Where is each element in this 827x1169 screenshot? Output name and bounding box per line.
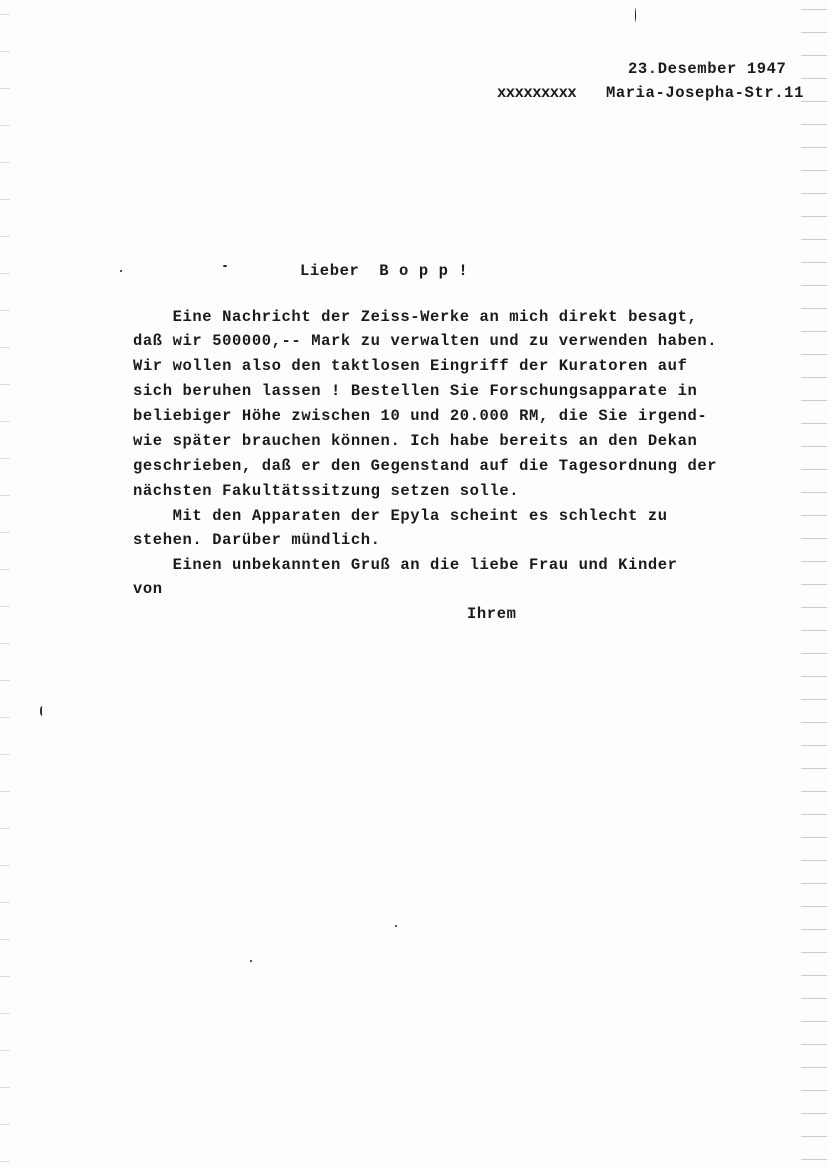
sender-address: xxxxxxxxx Maria-Josepha-Str.11 xyxy=(497,84,804,102)
body-line: Eine Nachricht der Zeiss-Werke an mich d… xyxy=(133,308,697,326)
body-line: von xyxy=(133,580,163,598)
body-line: stehen. Darüber mündlich. xyxy=(133,531,381,549)
street-address: Maria-Josepha-Str.11 xyxy=(606,84,804,102)
body-line: beliebiger Höhe zwischen 10 und 20.000 R… xyxy=(133,407,707,425)
body-line: nächsten Fakultätssitzung setzen solle. xyxy=(133,482,519,500)
redacted-text: xxxxxxxxx xyxy=(497,84,576,102)
letter-page: 23.Desember 1947 xxxxxxxxx Maria-Josepha… xyxy=(0,0,827,1169)
scan-speck xyxy=(250,960,252,962)
body-line: Einen unbekannten Gruß an die liebe Frau… xyxy=(133,556,678,574)
body-line: Mit den Apparaten der Epyla scheint es s… xyxy=(133,507,668,525)
body-line: Wir wollen also den taktlosen Eingriff d… xyxy=(133,357,687,375)
salutation: Lieber B o p p ! xyxy=(300,262,468,280)
scan-speck xyxy=(223,265,227,267)
body-line: daß wir 500000,-- Mark zu verwalten und … xyxy=(133,332,717,350)
scan-speck xyxy=(120,270,122,272)
scan-edge-right xyxy=(801,0,827,1169)
closing: Ihrem xyxy=(467,605,517,623)
body-line: sich beruhen lassen ! Bestellen Sie Fors… xyxy=(133,382,697,400)
scan-mark xyxy=(40,706,46,716)
scan-speck xyxy=(635,8,636,22)
scan-speck xyxy=(395,925,397,927)
letter-date: 23.Desember 1947 xyxy=(628,60,786,78)
body-line: geschrieben, daß er den Gegenstand auf d… xyxy=(133,457,717,475)
scan-edge-left xyxy=(0,0,10,1169)
body-line: wie später brauchen können. Ich habe ber… xyxy=(133,432,697,450)
